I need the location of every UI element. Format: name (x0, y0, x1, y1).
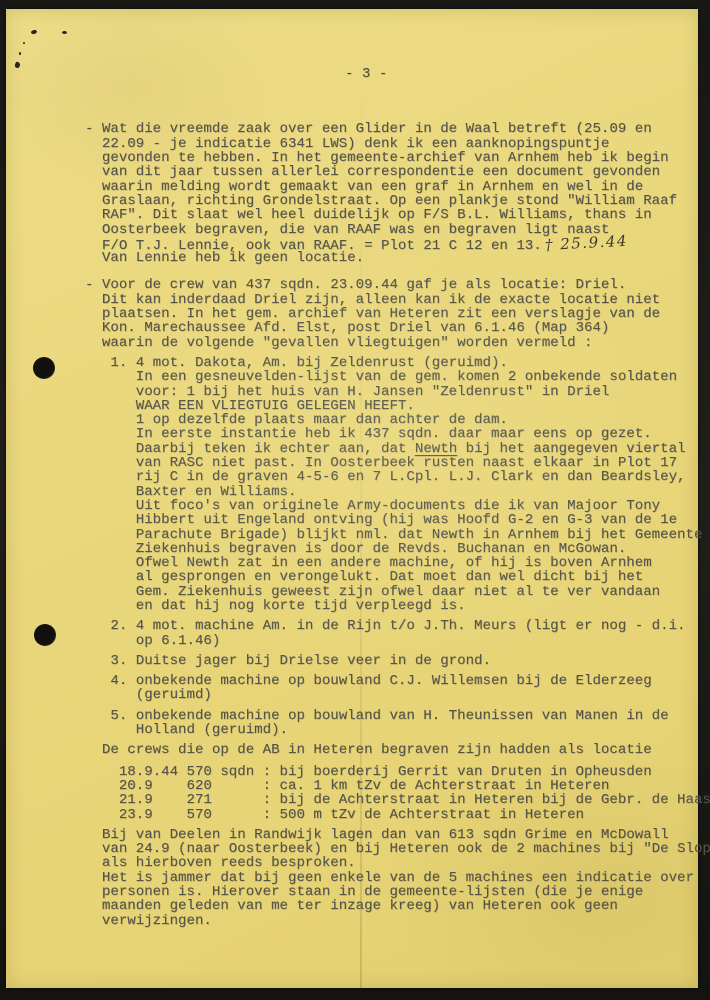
document-line: 21.9 271 : bij de Achterstraat in Hetere… (85, 793, 685, 807)
ink-speck (14, 61, 21, 68)
document-line: Het is jammer dat bij geen enkele van de… (85, 871, 685, 885)
document-line: Kon. Marechaussee Afd. Elst, post Driel … (85, 321, 685, 335)
document-line: Daarbij teken ik echter aan, dat Newth b… (85, 442, 685, 456)
document-line: verwijzingen. (85, 914, 685, 928)
document-line: (geruimd) (85, 688, 685, 702)
page-number: - 3 - (345, 67, 685, 81)
scanned-paper: - 3 - - Wat die vreemde zaak over een Gl… (6, 9, 698, 988)
document-line: Bij van Deelen in Randwijk lagen dan van… (85, 828, 685, 842)
handwritten-annotation: † 25.9.44 (544, 234, 628, 253)
paragraph: - Wat die vreemde zaak over een Glider i… (85, 122, 685, 265)
document-body: - Wat die vreemde zaak over een Glider i… (85, 122, 685, 927)
document-line: In eerste instantie heb ik 437 sqdn. daa… (85, 427, 685, 441)
ink-speck (31, 29, 38, 34)
typewritten-text: - 3 - - Wat die vreemde zaak over een Gl… (85, 38, 685, 957)
paragraph: 3. Duitse jager bij Drielse veer in de g… (85, 654, 685, 668)
document-line: maanden geleden van me ter inzage kreeg)… (85, 899, 685, 913)
document-line: 23.9 570 : 500 m tZv de Achterstraat in … (85, 808, 685, 822)
document-line: en dat hij nog korte tijd verpleegd is. (85, 599, 685, 613)
document-line: Hibbert uit Engeland ontving (hij was Ho… (85, 513, 685, 527)
paragraph: 2. 4 mot. machine Am. in de Rijn t/o J.T… (85, 619, 685, 648)
document-line: al gesprongen en verongelukt. Dat moet d… (85, 570, 685, 584)
document-line: voor: 1 bij het huis van H. Jansen "Zeld… (85, 385, 685, 399)
paragraph: 4. onbekende machine op bouwland C.J. Wi… (85, 674, 685, 703)
ink-speck (19, 52, 21, 55)
document-line: rij C in de graven 4-5-6 en 7 L.Cpl. L.J… (85, 470, 685, 484)
document-line: Holland (geruimd). (85, 723, 685, 737)
paragraph: 5. onbekende machine op bouwland van H. … (85, 709, 685, 738)
document-line: WAAR EEN VLIEGTUIG GELEGEN HEEFT. (85, 399, 685, 413)
document-line: In een gesneuvelden-lijst van de gem. ko… (85, 370, 685, 384)
document-line: 3. Duitse jager bij Drielse veer in de g… (85, 654, 685, 668)
hole-punch-top (33, 357, 55, 379)
document-line: 5. onbekende machine op bouwland van H. … (85, 709, 685, 723)
document-line: 18.9.44 570 sqdn : bij boerderij Gerrit … (85, 765, 685, 779)
document-line: als hierboven reeds besproken. (85, 856, 685, 870)
document-line: - Voor de crew van 437 sqdn. 23.09.44 ga… (85, 278, 685, 292)
document-line: 22.09 - je indicatie 6341 LWS) denk ik e… (85, 137, 685, 151)
document-line: waarin melding wordt gemaakt van een gra… (85, 180, 685, 194)
document-line: Ziekenhuis begraven is door de Revds. Bu… (85, 542, 685, 556)
hole-punch-bottom (34, 624, 56, 646)
document-line: op 6.1.46) (85, 634, 685, 648)
document-line: van dit jaar tussen allerlei corresponde… (85, 165, 685, 179)
document-line: F/O T.J. Lennie, ook van RAAF. = Plot 21… (85, 237, 685, 251)
paragraph: De crews die op de AB in Heteren begrave… (85, 743, 685, 757)
ink-speck (23, 42, 25, 44)
paragraph: Bij van Deelen in Randwijk lagen dan van… (85, 828, 685, 928)
paragraph: - Voor de crew van 437 sqdn. 23.09.44 ga… (85, 278, 685, 349)
document-line: De crews die op de AB in Heteren begrave… (85, 743, 685, 757)
document-line: Gem. Ziekenhuis geweest zijn ofwel daar … (85, 585, 685, 599)
paragraph: 18.9.44 570 sqdn : bij boerderij Gerrit … (85, 765, 685, 822)
document-line: waarin de volgende "gevallen vliegtuigen… (85, 336, 685, 350)
document-line: RAF". Dit slaat wel heel duidelijk op F/… (85, 208, 685, 222)
document-line: Dit kan inderdaad Driel zijn, alleen kan… (85, 293, 685, 307)
ink-speck (62, 31, 67, 34)
document-line: - Wat die vreemde zaak over een Glider i… (85, 122, 685, 136)
paragraph: 1. 4 mot. Dakota, Am. bij Zeldenrust (ge… (85, 356, 685, 613)
document-line: Baxter en Williams. (85, 485, 685, 499)
document-line: 2. 4 mot. machine Am. in de Rijn t/o J.T… (85, 619, 685, 633)
document-line: Parachute Brigade) blijkt nml. dat Newth… (85, 528, 685, 542)
